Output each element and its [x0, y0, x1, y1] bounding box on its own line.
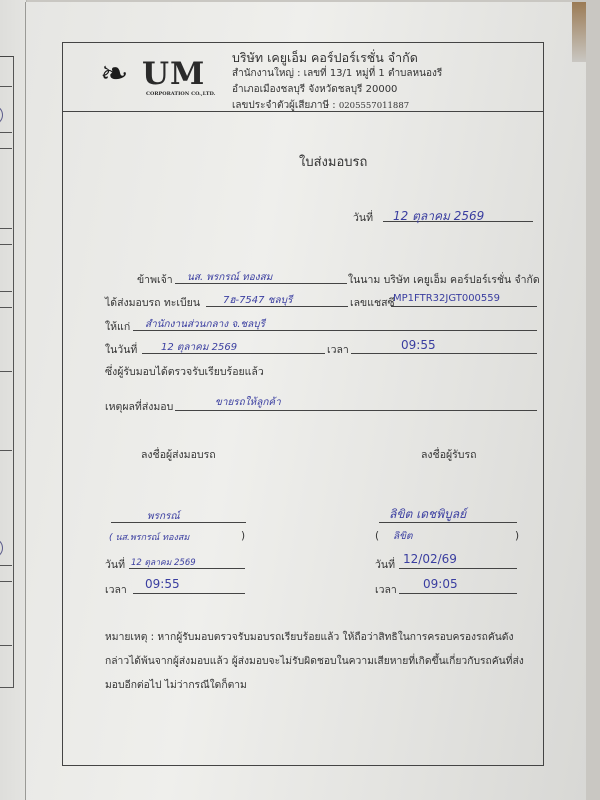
receiver-time-label: เวลา	[375, 581, 397, 598]
i-value: นส. พรกรณ์ ทองสม	[187, 270, 272, 285]
receiver-time-value: 09:05	[423, 577, 458, 591]
company-tax-id: เลขประจำตัวผู้เสียภาษี : 0205557011887	[232, 98, 442, 114]
plate-value: 7ฮ-7547 ชลบุรี	[223, 293, 292, 308]
delivery-form-sheet: ❧ UM CORPORATION CO.,LTD. บริษัท เคยูเอ็…	[26, 2, 586, 800]
on-date-label: ในวันที่	[105, 341, 137, 358]
background-sheet-line	[0, 645, 12, 646]
form-frame: ❧ UM CORPORATION CO.,LTD. บริษัท เคยูเอ็…	[62, 42, 544, 766]
tax-number: 0205557011887	[339, 101, 409, 111]
disclaimer-note: หมายเหตุ : หากผู้รับมอบตรวจรับมอบรถเรียบ…	[105, 625, 535, 697]
to-label: ให้แก่	[105, 318, 130, 335]
company-info: บริษัท เคยูเอ็ม คอร์ปอร์เรชั่น จำกัด สำน…	[232, 50, 442, 114]
i-label: ข้าพเจ้า	[137, 271, 173, 288]
reason-value: ขายรถให้ลูกค้า	[215, 395, 281, 410]
sender-sign-label: ลงชื่อผู้ส่งมอบรถ	[141, 446, 216, 463]
chassis-label: เลขแชสซี	[350, 294, 395, 311]
sender-date-value: 12 ตุลาคม 2569	[131, 555, 196, 569]
background-sheet-line	[0, 244, 12, 245]
eagle-logo-icon: ❧	[100, 57, 129, 91]
on-behalf-text: ในนาม บริษัท เคยูเอ็ม คอร์ปอร์เรชั่น จำก…	[348, 271, 540, 288]
receiver-time-field	[399, 579, 517, 594]
receiver-date-value: 12/02/69	[403, 552, 457, 566]
sender-date-label: วันที่	[105, 556, 125, 573]
receiver-printed-name: ลิขิต	[393, 529, 412, 544]
receiver-date-label: วันที่	[375, 556, 395, 573]
background-sheet-line	[0, 565, 12, 566]
company-logo: ❧ UM CORPORATION CO.,LTD.	[100, 55, 218, 105]
receiver-sign-label: ลงชื่อผู้รับรถ	[421, 446, 476, 463]
plate-label: ได้ส่งมอบรถ ทะเบียน	[105, 294, 200, 311]
doc-date-value: 12 ตุลาคม 2569	[393, 207, 484, 226]
company-address-line1: สำนักงานใหญ่ : เลขที่ 13/1 หมู่ที่ 1 ตำบ…	[232, 66, 442, 82]
sender-time-label: เวลา	[105, 581, 127, 598]
company-header: ❧ UM CORPORATION CO.,LTD. บริษัท เคยูเอ็…	[63, 43, 543, 112]
chassis-value: MP1FTR32JGT000559	[393, 293, 500, 304]
tax-label: เลขประจำตัวผู้เสียภาษี :	[232, 100, 336, 111]
receiver-close-paren: )	[515, 530, 519, 542]
time-value: 09:55	[401, 338, 436, 352]
on-date-value: 12 ตุลาคม 2569	[161, 340, 237, 355]
reason-label: เหตุผลที่ส่งมอบ	[105, 398, 173, 415]
background-sheet-line	[0, 581, 12, 582]
doc-date-label: วันที่	[353, 209, 373, 226]
time-label: เวลา	[327, 341, 349, 358]
receiver-signature: ลิขิต เดชพิบูลย์	[389, 505, 466, 524]
background-sheet-frame	[0, 56, 14, 688]
table-surface	[572, 2, 586, 62]
confirm-text: ซึ่งผู้รับมอบได้ตรวจรับเรียบร้อยแล้ว	[105, 363, 264, 380]
sender-printed-name: ( นส.พรกรณ์ ทองสม	[109, 530, 189, 544]
receiver-open-paren: (	[375, 530, 379, 542]
background-sheet-line	[0, 307, 12, 308]
to-value: สำนักงานส่วนกลาง จ.ชลบุรี	[145, 317, 265, 332]
background-sheet-line	[0, 86, 12, 87]
time-field	[351, 339, 537, 354]
logo-subtitle: CORPORATION CO.,LTD.	[146, 91, 215, 97]
background-sheet-line	[0, 371, 12, 372]
sender-signature: พรกรณ์	[147, 509, 180, 524]
background-sheet-line	[0, 148, 12, 149]
background-sheet	[0, 0, 27, 800]
document-title: ใบส่งมอบรถ	[299, 151, 367, 172]
sender-close-paren: )	[241, 530, 245, 542]
background-sheet-line	[0, 228, 12, 229]
sender-time-value: 09:55	[145, 577, 180, 591]
logo-text: UM	[142, 57, 205, 91]
background-sheet-line	[0, 132, 12, 133]
background-sheet-line	[0, 450, 12, 451]
company-address-line2: อำเภอเมืองชลบุรี จังหวัดชลบุรี 20000	[232, 82, 442, 98]
company-name: บริษัท เคยูเอ็ม คอร์ปอร์เรชั่น จำกัด	[232, 50, 442, 66]
background-sheet-line	[0, 291, 12, 292]
